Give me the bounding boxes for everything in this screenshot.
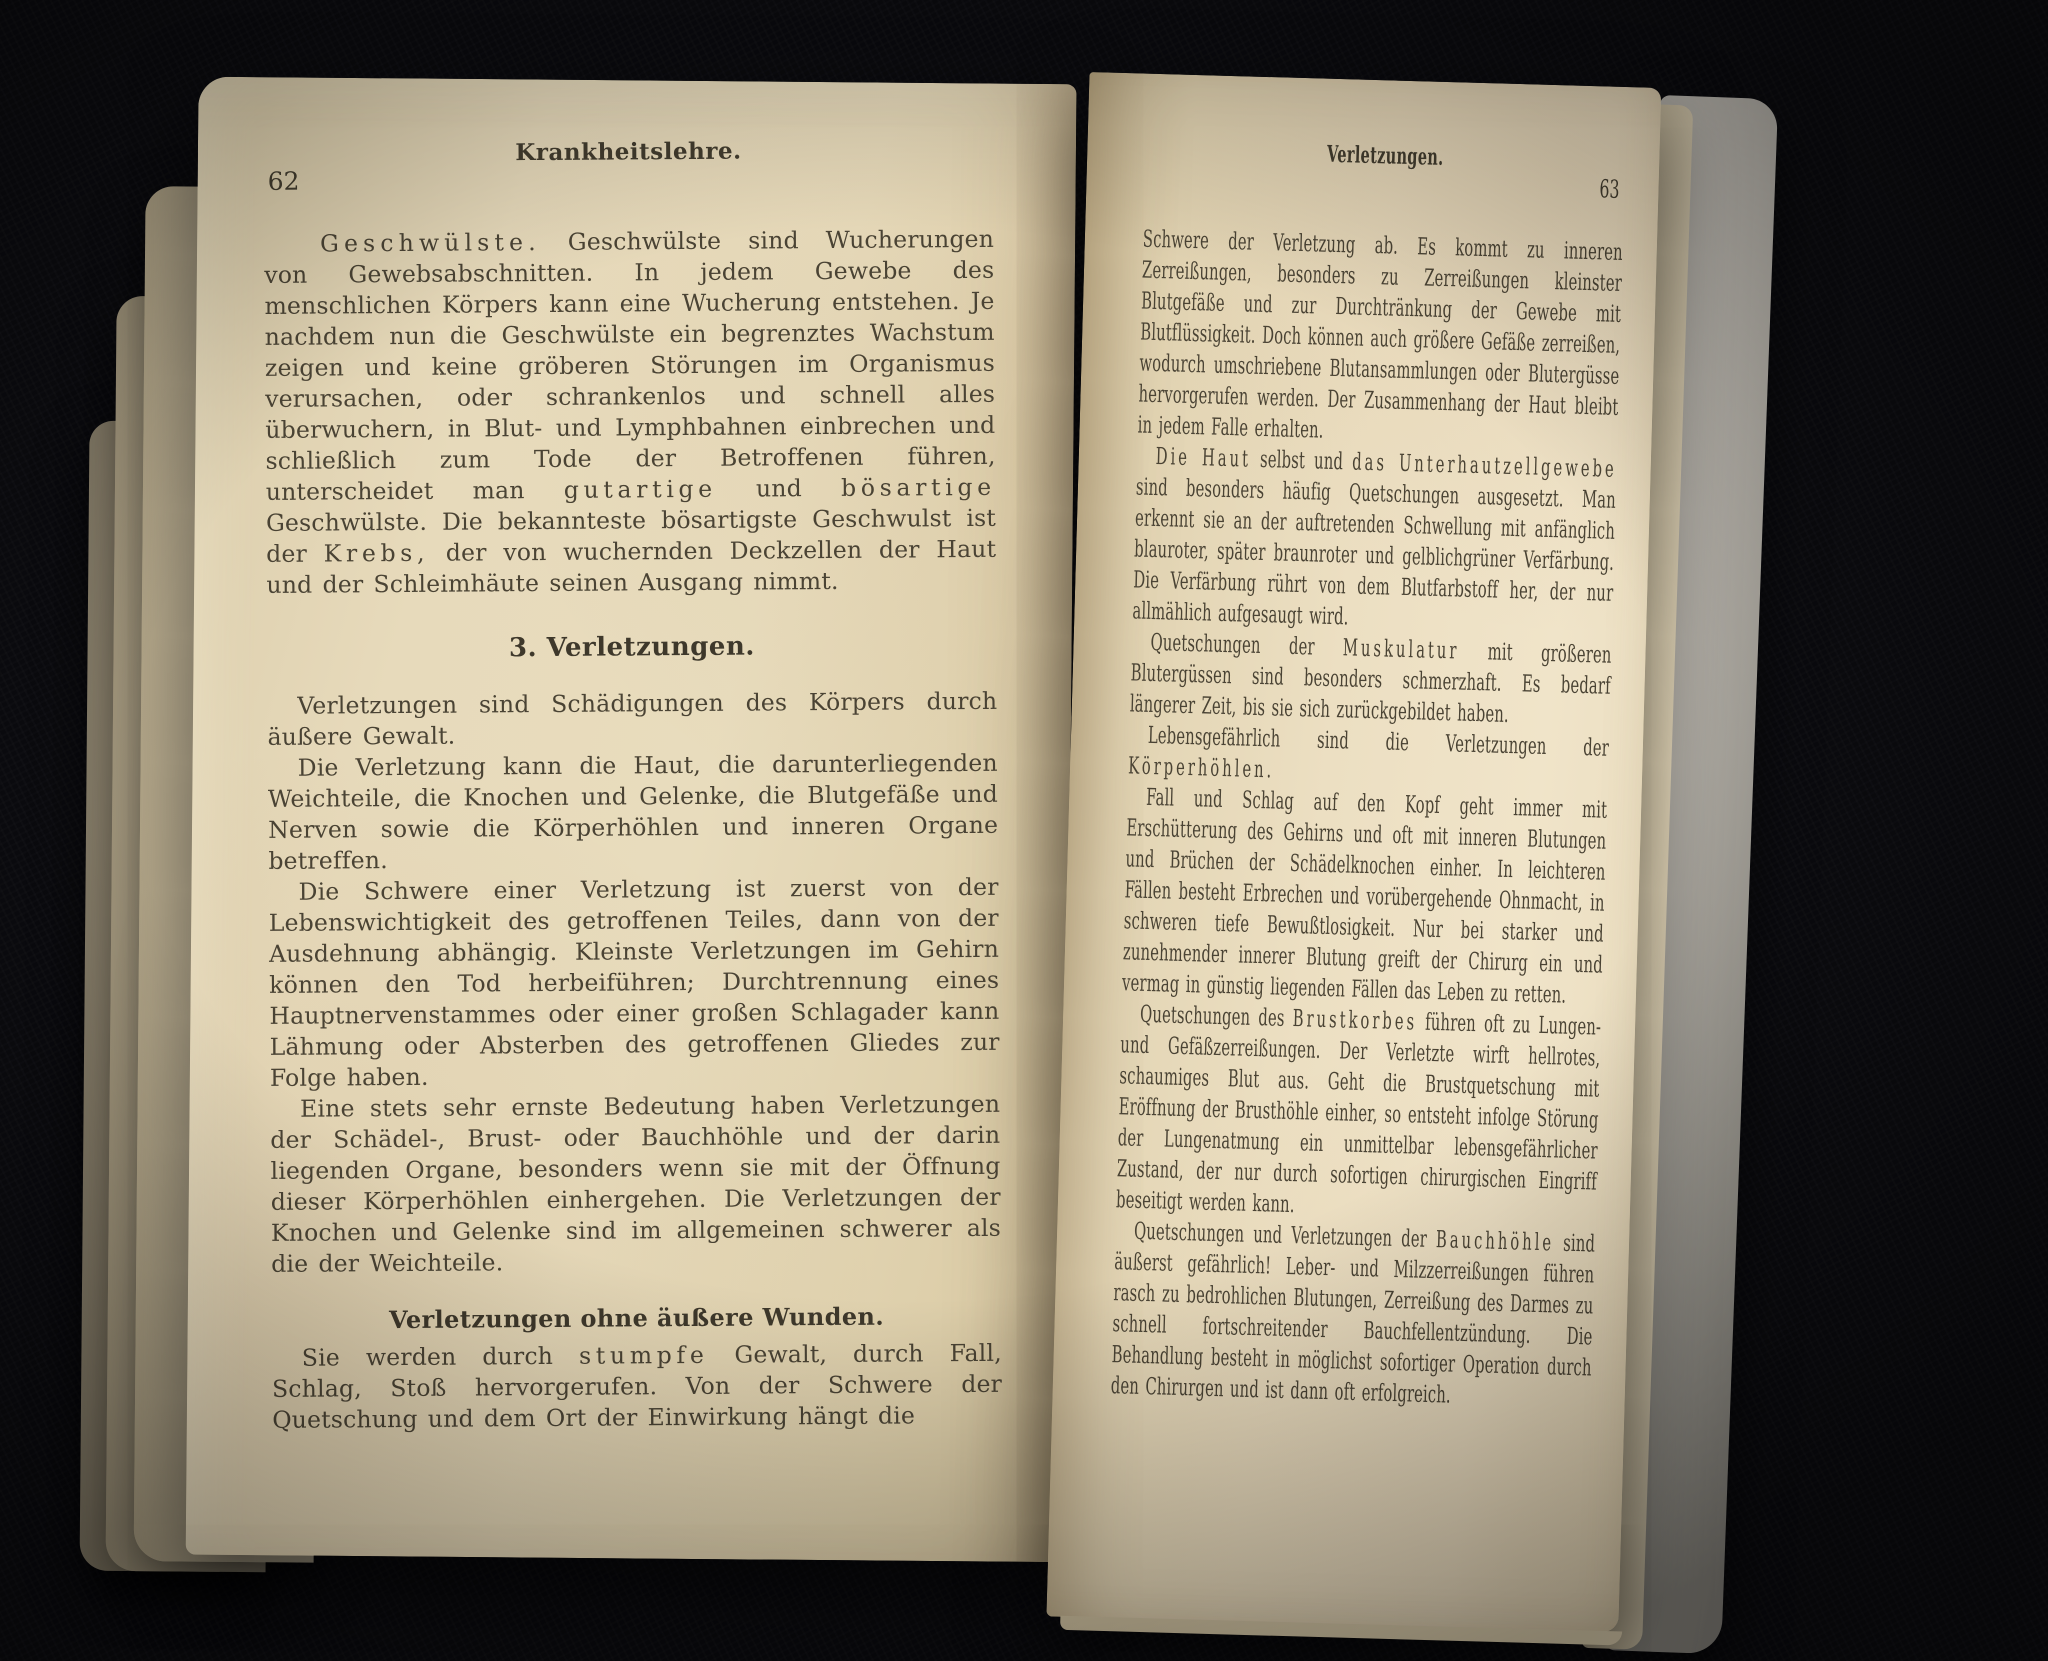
section-heading: 3. Verletzungen.: [267, 630, 997, 665]
spaced-term: stumpfe: [579, 1341, 709, 1370]
paragraph: Quetschungen des Brustkorbes führen oft …: [1116, 998, 1602, 1228]
page-number: 63: [1599, 174, 1620, 204]
paragraph: Schwere der Verletzung ab. Es kommt zu i…: [1137, 224, 1623, 454]
spaced-term: bösartige: [841, 473, 996, 502]
left-page: 62 Krankheitslehre. Geschwülste. Geschwü…: [186, 77, 1077, 1563]
left-page-text: Geschwülste. Geschwülste sind Wucherunge…: [264, 224, 1002, 1436]
running-head: Verletzungen.: [1145, 136, 1626, 176]
spaced-term: Körperhöhlen.: [1128, 751, 1275, 783]
text-run: Quetschungen des: [1140, 1000, 1285, 1032]
text-run: Quetschungen der: [1150, 628, 1315, 661]
left-page-header: 62 Krankheitslehre.: [263, 136, 994, 229]
paragraph: Die Haut selbst und das Unterhautzellgew…: [1132, 440, 1617, 639]
spaced-term: Bauchhöhle: [1436, 1225, 1555, 1256]
spaced-term: Die Haut: [1155, 442, 1251, 473]
text-run: Geschwülste sind Wucherungen von Gewebsa…: [264, 225, 995, 506]
right-page-text-column: Verletzungen. 63 Schwere der Verletzung …: [1110, 136, 1625, 1415]
paragraph: Fall und Schlag auf den Kopf geht immer …: [1122, 781, 1608, 1011]
right-page-header: Verletzungen. 63: [1143, 136, 1625, 237]
text-run: Quetschungen und Verletzungen der: [1134, 1217, 1428, 1253]
text-run: Sie werden durch: [302, 1342, 553, 1372]
right-page-content: Verletzungen. 63 Schwere der Verletzung …: [1046, 72, 1661, 1632]
text-run: führen oft zu Lungen- und Gefäßzerreißun…: [1116, 1008, 1602, 1218]
paragraph: Quetschungen der Muskulatur mit größeren…: [1129, 626, 1611, 732]
paragraph: Die Schwere einer Verletzung ist zuerst …: [269, 872, 1000, 1094]
spaced-term: Muskulatur: [1343, 633, 1460, 664]
spaced-term: Geschwülste.: [320, 228, 541, 258]
running-head: Krankheitslehre.: [263, 136, 993, 168]
paragraph: Eine stets sehr ernste Bedeutung haben V…: [270, 1089, 1001, 1280]
spaced-term: Brustkorbes: [1292, 1004, 1417, 1035]
text-run: sind äußerst gefährlich! Leber- und Milz…: [1110, 1229, 1595, 1409]
text-run: sind besonders häufig Quetschungen ausge…: [1132, 472, 1616, 630]
sub-heading: Verletzungen ohne äußere Wunden.: [271, 1301, 1001, 1335]
spaced-term: das Unterhautzellgewebe: [1352, 448, 1617, 483]
paragraph: Geschwülste. Geschwülste sind Wucherunge…: [264, 224, 997, 601]
paragraph: Sie werden durch stumpfe Gewalt, durch F…: [272, 1338, 1003, 1436]
right-page-text: Schwere der Verletzung ab. Es kommt zu i…: [1110, 224, 1623, 1415]
paragraph: Verletzungen sind Schädigungen des Körpe…: [267, 686, 997, 753]
paragraph: Die Verletzung kann die Haut, die darunt…: [268, 748, 999, 877]
text-run: und: [756, 474, 802, 502]
spaced-term: gutartige: [564, 475, 717, 504]
open-book-photo: 62 Krankheitslehre. Geschwülste. Geschwü…: [73, 21, 1787, 1646]
text-run: selbst und: [1260, 445, 1344, 475]
right-page: Verletzungen. 63 Schwere der Verletzung …: [1046, 72, 1661, 1632]
page-number: 62: [268, 167, 300, 196]
paragraph: Quetschungen und Verletzungen der Bauchh…: [1110, 1215, 1595, 1414]
left-page-content: 62 Krankheitslehre. Geschwülste. Geschwü…: [187, 77, 1075, 1561]
spaced-term: Krebs,: [324, 539, 430, 568]
